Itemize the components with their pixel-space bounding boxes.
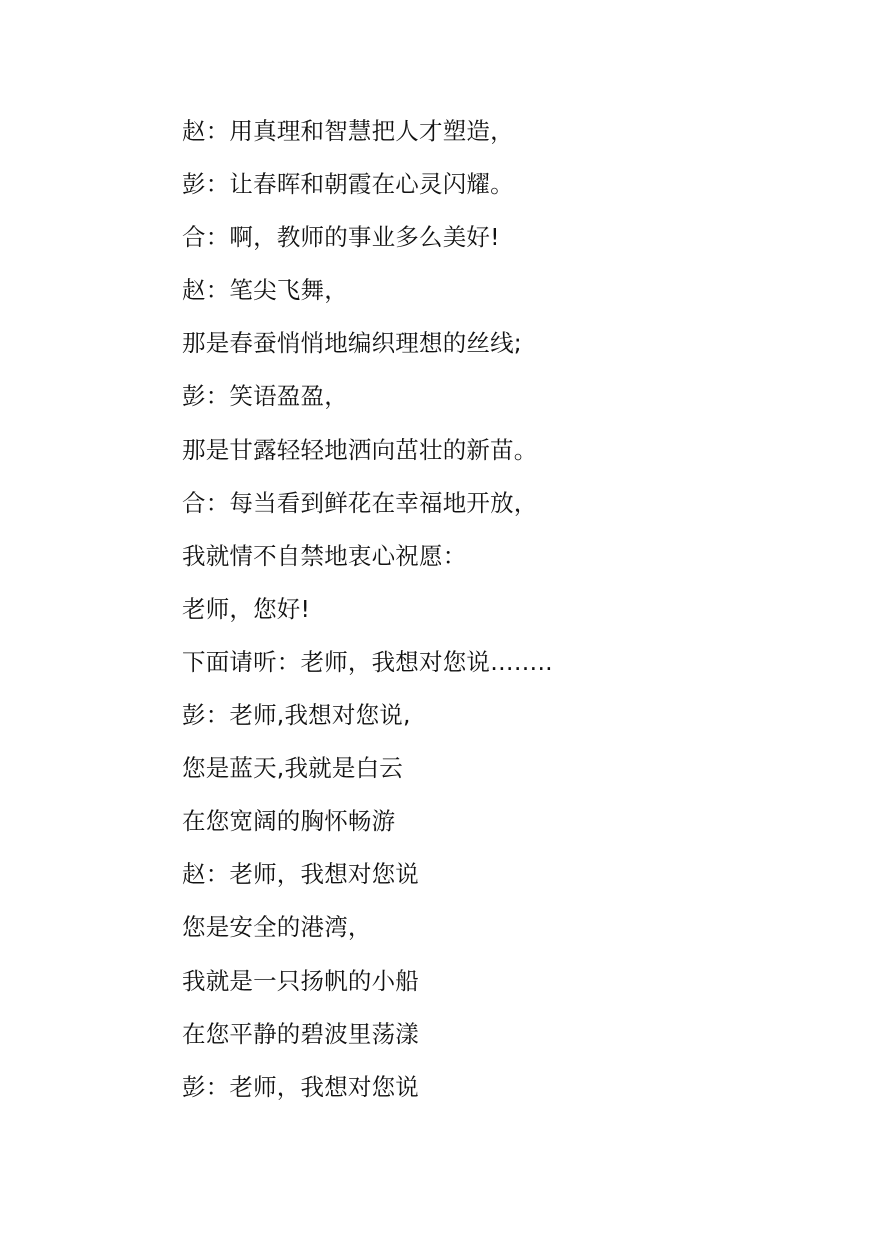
text-line: 下面请听：老师，我想对您说…….. xyxy=(182,645,822,698)
text-line: 在您平静的碧波里荡漾 xyxy=(182,1017,822,1070)
text-line: 我就是一只扬帆的小船 xyxy=(182,964,822,1017)
text-line: 在您宽阔的胸怀畅游 xyxy=(182,804,822,857)
text-line: 那是春蚕悄悄地编织理想的丝线; xyxy=(182,326,822,379)
text-line: 合：啊，教师的事业多么美好! xyxy=(182,220,822,273)
text-line: 您是安全的港湾， xyxy=(182,910,822,963)
text-line: 彭：老师，我想对您说 xyxy=(182,1070,822,1123)
text-line: 老师，您好! xyxy=(182,592,822,645)
text-line: 赵：用真理和智慧把人才塑造， xyxy=(182,114,822,167)
text-line: 合：每当看到鲜花在幸福地开放， xyxy=(182,486,822,539)
text-line: 赵：笔尖飞舞， xyxy=(182,273,822,326)
text-line: 彭：老师,我想对您说, xyxy=(182,698,822,751)
text-line: 彭：笑语盈盈， xyxy=(182,379,822,432)
text-line: 我就情不自禁地衷心祝愿： xyxy=(182,539,822,592)
text-line: 您是蓝天,我就是白云 xyxy=(182,751,822,804)
text-line: 赵：老师，我想对您说 xyxy=(182,857,822,910)
text-line: 彭：让春晖和朝霞在心灵闪耀。 xyxy=(182,167,822,220)
text-line: 那是甘露轻轻地洒向茁壮的新苗。 xyxy=(182,433,822,486)
document-page: 赵：用真理和智慧把人才塑造， 彭：让春晖和朝霞在心灵闪耀。 合：啊，教师的事业多… xyxy=(182,114,822,1123)
